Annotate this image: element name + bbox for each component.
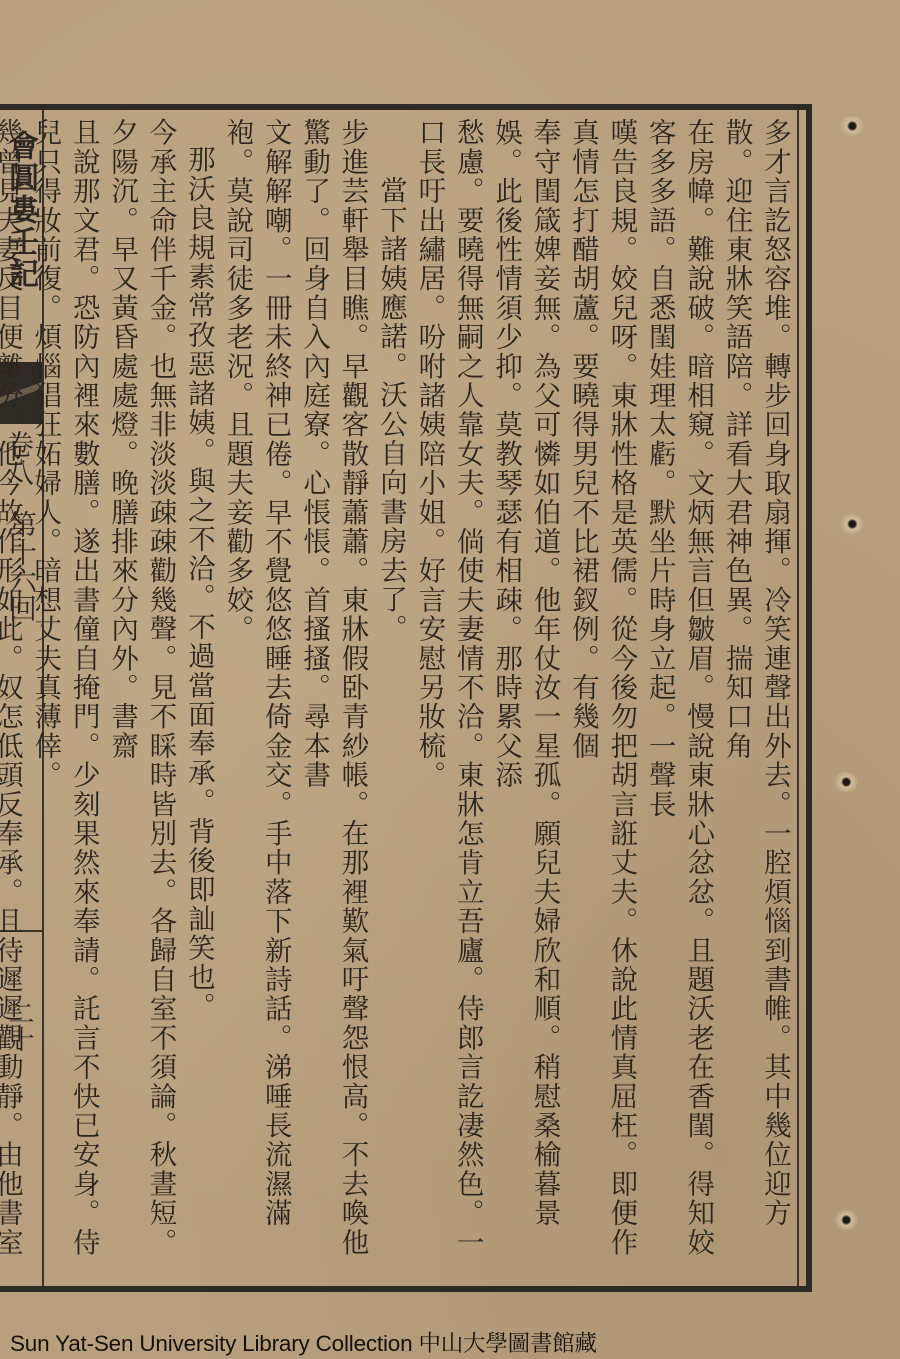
text-column: 愁慮。要曉得無嗣之人靠女夫。倘使夫妻情不洽。東牀怎肯立吾廬。侍郎言訖凄然色。一口… bbox=[410, 118, 487, 1282]
text-column: 嘆告良規。姣兒呀。東牀性格是英儒。從今後勿把胡言誑丈夫。休說此情真屈枉。即便作真… bbox=[564, 118, 641, 1282]
text-column: 那沃良規素常孜惡諸姨。與之不洽。不過當面奉承。背後即訕笑也。 bbox=[180, 118, 218, 1282]
text-column: 今承主命伴千金。也無非淡淡疎疎勸幾聲。見不睬時皆別去。各歸自室不須論。秋晝短。夕… bbox=[103, 118, 180, 1282]
text-column: 當下諸姨應諾。沃公自向書房去了。 bbox=[372, 118, 410, 1282]
right-border-outer bbox=[806, 104, 812, 1292]
right-border-inner bbox=[797, 110, 799, 1286]
text-column: 且說那文君。恐防內裡來數膳。遂出書僮自掩門。少刻果然來奉請。託言不快已安身。侍兒… bbox=[26, 118, 103, 1282]
text-column: 文解解嘲。一冊未終神已倦。早不覺悠悠睡去倚金交。手中落下新詩話。涕唾長流濕滿袍。… bbox=[218, 118, 295, 1282]
text-column: 多才言訖怒容堆。轉步回身取扇揮。冷笑連聲出外去。一腔煩惱到書帷。其中幾位迎方散。… bbox=[717, 118, 794, 1282]
text-column: 步進芸軒舉目瞧。早觀客散靜蕭蕭。東牀假卧青紗帳。在那裡歎氣吁聲怨恨高。不去喚他驚… bbox=[295, 118, 372, 1282]
binding-hole bbox=[832, 772, 858, 792]
collection-caption: Sun Yat-Sen University Library Collectio… bbox=[10, 1326, 597, 1356]
text-column: 在房幃。難說破。暗相窺。文炳無言但皺眉。慢說東牀心忿忿。且題沃老在香閨。得知姣客… bbox=[640, 118, 717, 1282]
text-column: 奉守閨箴婢妾無。為父可憐如伯道。他年仗汝一星孤。願兒夫婦欣和順。稍慰桑榆暮景娛。… bbox=[487, 118, 564, 1282]
binding-hole bbox=[838, 116, 864, 136]
binding-hole bbox=[838, 514, 864, 534]
text-column: 幾曾見夫妻反目便離分。他今故作形如此。奴怎低頭反奉承。且待遲遲觀動靜。由他書室嘆… bbox=[0, 118, 26, 1282]
body-text: 多才言訖怒容堆。轉步回身取扇揮。冷笑連聲出外去。一腔煩惱到書帷。其中幾位迎方散。… bbox=[48, 118, 794, 1282]
binding-hole bbox=[832, 1210, 858, 1230]
